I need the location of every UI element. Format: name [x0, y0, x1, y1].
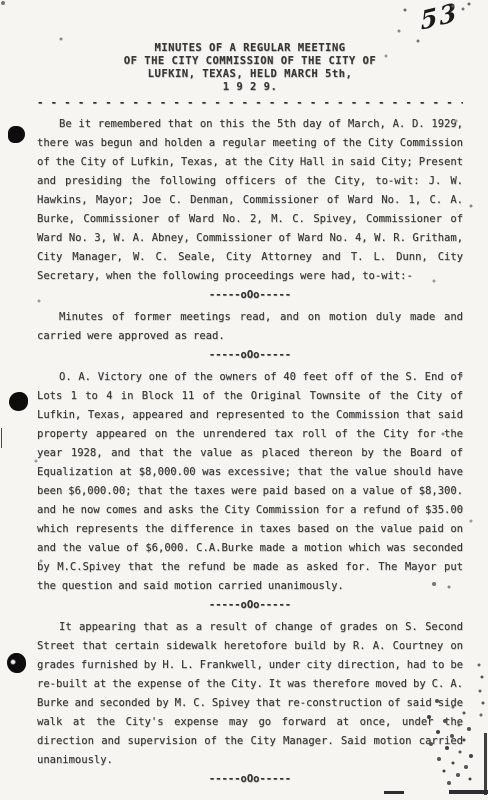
section-divider-2: -----oOo-----: [37, 347, 463, 363]
ink-blob-top: [8, 126, 25, 143]
bottom-edge-mark-right: [449, 790, 488, 794]
paragraph-victory-tax-refund: O. A. Victory one of the owners of 40 fe…: [37, 368, 463, 596]
dashed-rule: - - - - - - - - - - - - - - - - - - - - …: [37, 96, 463, 110]
right-edge-scan-artifact: [484, 733, 487, 795]
scanned-minutes-page: 53 MINUTES OF A REGULAR MEETING OF THE C…: [0, 0, 488, 800]
section-divider-3: -----oOo-----: [37, 597, 463, 613]
title-line-2: OF THE CITY COMMISSION OF THE CITY OF: [37, 55, 463, 68]
paragraph-minutes-approved: Minutes of former meetings read, and on …: [37, 308, 463, 346]
handwritten-page-number: 53: [420, 0, 460, 36]
paragraph-opening-attendance: Be it remembered that on this the 5th da…: [37, 115, 463, 286]
bottom-edge-mark-left: [384, 791, 404, 794]
section-divider-4: -----oOo-----: [37, 771, 463, 787]
ink-blob-bottom: [7, 653, 26, 673]
title-line-3: LUFKIN, TEXAS, HELD MARCH 5th,: [37, 68, 463, 81]
typewritten-content: MINUTES OF A REGULAR MEETING OF THE CITY…: [37, 42, 463, 787]
document-title: MINUTES OF A REGULAR MEETING OF THE CITY…: [37, 42, 463, 94]
scan-noise-specks: [0, 0, 2, 2]
title-line-4: 1 9 2 9.: [37, 81, 463, 94]
section-divider-1: -----oOo-----: [37, 287, 463, 303]
title-line-1: MINUTES OF A REGULAR MEETING: [37, 42, 463, 55]
left-edge-mark: [1, 428, 2, 448]
ink-blob-middle: [9, 392, 28, 411]
paragraph-sidewalk-reconstruction: It appearing that as a result of change …: [37, 618, 463, 770]
